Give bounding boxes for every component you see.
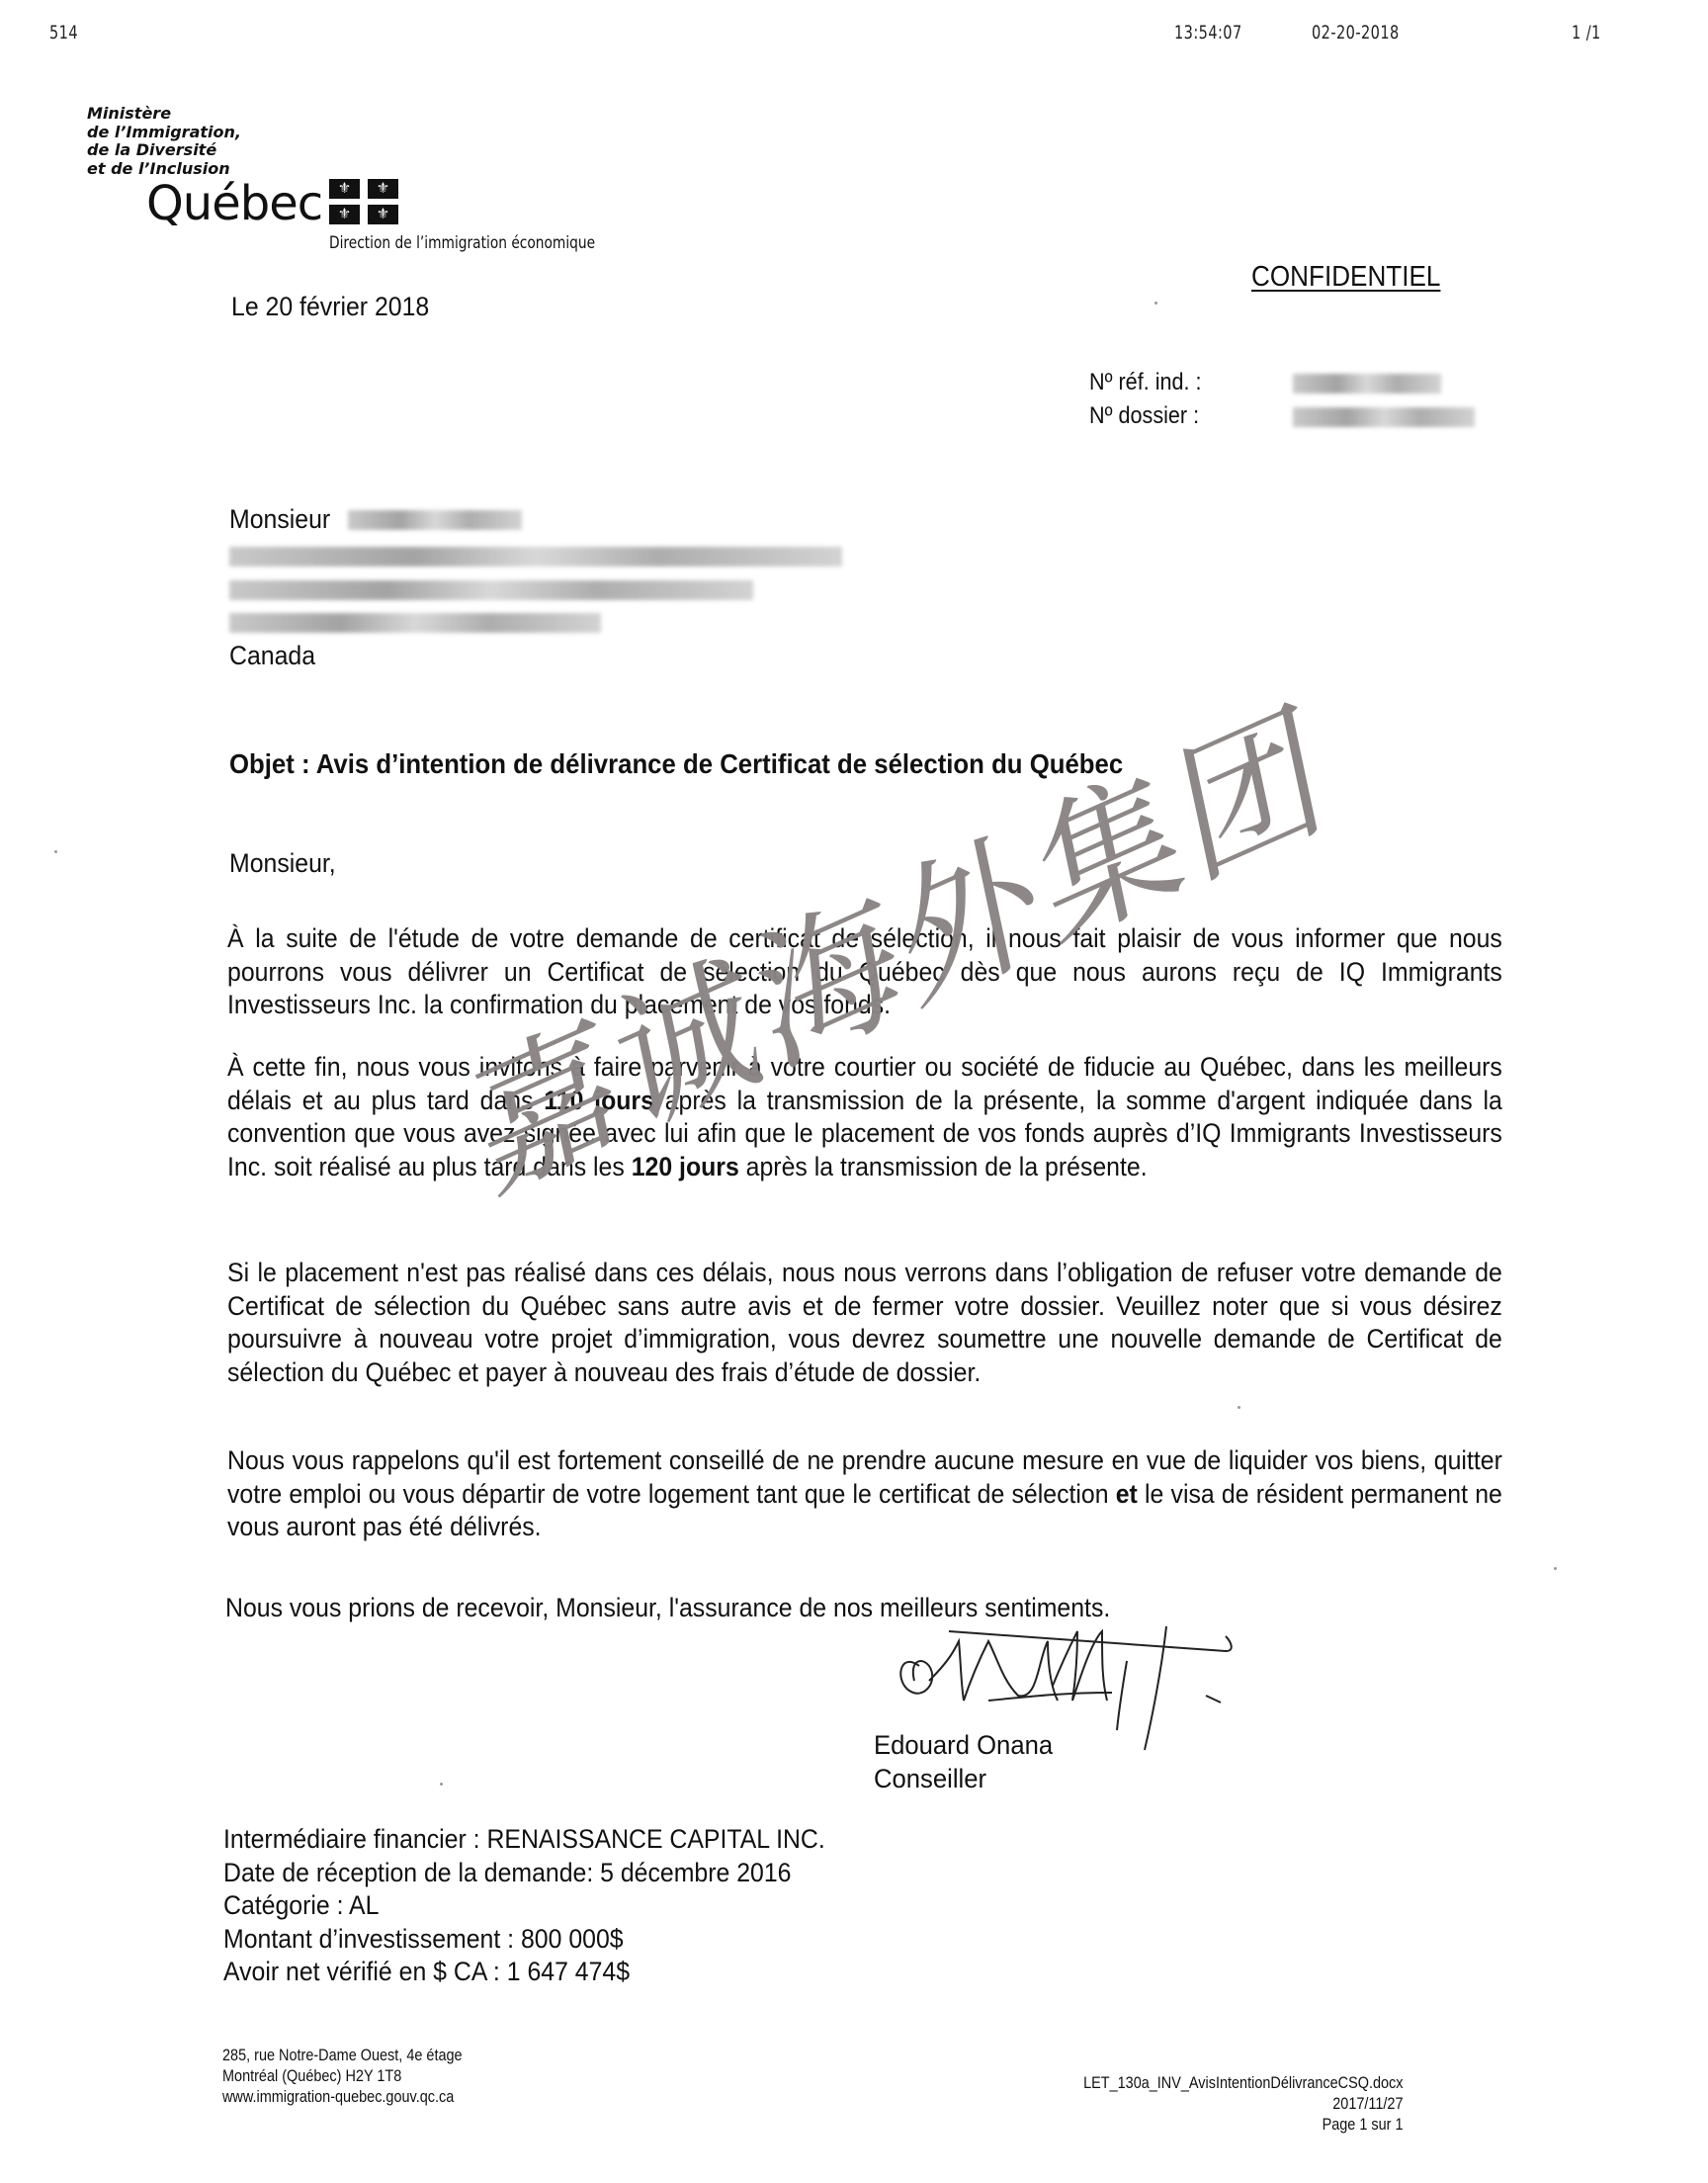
scan-speck <box>54 850 57 853</box>
emphasis: et <box>1116 1479 1138 1509</box>
footer-city: Montréal (Québec) H2Y 1T8 <box>222 2065 463 2086</box>
closing-line: Nous vous prions de recevoir, Monsieur, … <box>225 1593 1110 1623</box>
footer-doc-date: 2017/11/27 <box>1084 2093 1404 2114</box>
letter-date: Le 20 février 2018 <box>231 292 429 322</box>
detail-investment-amount: Montant d’investissement : 800 000$ <box>223 1923 825 1957</box>
signatory: Edouard Onana Conseiller <box>874 1728 1053 1795</box>
address-line-redacted <box>229 547 842 567</box>
signatory-name: Edouard Onana <box>874 1728 1053 1762</box>
direction-name: Direction de l’immigration économique <box>329 233 595 253</box>
text: après la transmission de la présente. <box>739 1152 1148 1181</box>
paragraph-1: À la suite de l'étude de votre demande d… <box>227 922 1502 1022</box>
scan-speck <box>1554 1567 1557 1570</box>
footer-street: 285, rue Notre-Dame Ouest, 4e étage <box>222 2045 463 2065</box>
fleur-de-lis-icon: ⚜ <box>329 179 360 199</box>
paragraph-4: Nous vous rappelons qu'il est fortement … <box>227 1444 1502 1544</box>
application-details: Intermédiaire financier : RENAISSANCE CA… <box>223 1823 825 1989</box>
deadline-120-days: 120 jours <box>632 1152 739 1181</box>
recipient-salutation: Monsieur <box>229 504 330 535</box>
recipient-name-redacted <box>348 510 522 530</box>
deadline-110-days: 110 jours <box>544 1086 654 1115</box>
detail-net-worth: Avoir net vérifié en $ CA : 1 647 474$ <box>223 1956 825 1989</box>
fax-page-code: 514 <box>49 22 78 44</box>
quebec-logo-text: Québec <box>146 176 322 231</box>
paragraph-2: À cette fin, nous vous invitons à faire … <box>227 1051 1502 1183</box>
detail-category: Catégorie : AL <box>223 1889 825 1923</box>
scan-speck <box>440 1783 443 1786</box>
footer-doc-name: LET_130a_INV_AvisIntentionDélivranceCSQ.… <box>1084 2072 1404 2093</box>
footer-page-number: Page 1 sur 1 <box>1084 2114 1404 2135</box>
fax-pages: 1 /1 <box>1572 22 1601 44</box>
recipient-country: Canada <box>229 641 315 671</box>
dossier-label: Nº dossier : <box>1089 402 1199 430</box>
footer-address: 285, rue Notre-Dame Ouest, 4e étage Mont… <box>222 2045 463 2107</box>
ministry-name: Ministère de l’Immigration, de la Divers… <box>87 105 241 178</box>
ref-value-redacted <box>1293 374 1441 393</box>
signatory-title: Conseiller <box>874 1762 1053 1795</box>
fleur-de-lis-icon: ⚜ <box>368 205 398 224</box>
fleur-de-lis-icon: ⚜ <box>329 205 360 224</box>
paragraph-3: Si le placement n'est pas réalisé dans c… <box>227 1257 1502 1389</box>
ministry-line: de l’Immigration, <box>87 124 241 142</box>
fleur-de-lis-flag-icon: ⚜ ⚜ ⚜ ⚜ <box>329 179 400 226</box>
ministry-line: Ministère <box>87 105 241 124</box>
scan-speck <box>1154 302 1157 305</box>
detail-intermediary: Intermédiaire financier : RENAISSANCE CA… <box>223 1823 825 1857</box>
detail-reception-date: Date de réception de la demande: 5 décem… <box>223 1857 825 1890</box>
letter-subject: Objet : Avis d’intention de délivrance d… <box>229 748 1123 780</box>
fax-date: 02-20-2018 <box>1312 22 1400 44</box>
footer-website: www.immigration-quebec.gouv.qc.ca <box>222 2086 463 2107</box>
greeting: Monsieur, <box>229 848 336 879</box>
fax-time: 13:54:07 <box>1174 22 1242 44</box>
scan-speck <box>1238 1406 1240 1409</box>
ref-label: Nº réf. ind. : <box>1089 369 1202 396</box>
dossier-value-redacted <box>1293 407 1475 427</box>
fleur-de-lis-icon: ⚜ <box>368 179 398 199</box>
ministry-line: de la Diversité <box>87 141 241 160</box>
address-line-redacted <box>229 613 601 633</box>
footer-doc-info: LET_130a_INV_AvisIntentionDélivranceCSQ.… <box>1084 2072 1404 2135</box>
address-line-redacted <box>229 580 753 600</box>
confidential-label: CONFIDENTIEL <box>1251 261 1440 294</box>
